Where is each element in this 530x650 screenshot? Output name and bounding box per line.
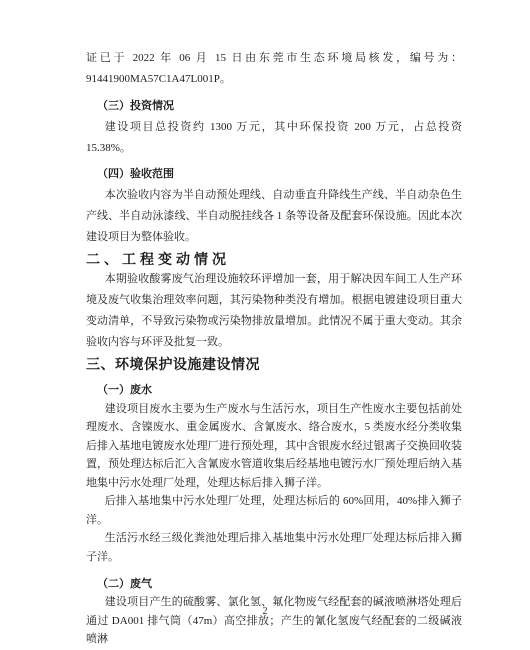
paragraph-acceptance-scope: 本次验收内容为半自动预处理线、自动垂直升降线生产线、半自动杂色生产线、半自动泳漆…: [86, 185, 462, 248]
subheading-investment: （三）投资情况: [86, 96, 462, 117]
heading-environmental-facilities: 三、环境保护设施建设情况: [86, 354, 462, 374]
paragraph-project-changes: 本期验收酸雾废气治理设施较环评增加一套，用于解决因车间工人生产环境及废气收集治理…: [86, 269, 462, 353]
subheading-waste-gas: （二）废气: [86, 575, 462, 594]
paragraph-waste-gas: 建设项目产生的硫酸雾、氯化氢、氟化物废气经配套的碱液喷淋塔处理后通过 DA001…: [86, 593, 462, 649]
heading-project-changes: 二、工程变动情况: [86, 249, 462, 269]
paragraph-wastewater-reuse: 后排入基地集中污水处理厂处理，处理达标后的 60%回用，40%排入狮子洋。: [86, 492, 462, 529]
subheading-wastewater: （一）废水: [86, 381, 462, 400]
paragraph-investment: 建设项目总投资约 1300 万元，其中环保投资 200 万元，占总投资 15.3…: [86, 117, 462, 159]
subheading-acceptance-scope: （四）验收范围: [86, 164, 462, 185]
document-body: 证已于 2022 年 06 月 15 日由东莞市生态环境局核发，编号为：9144…: [86, 48, 462, 649]
paragraph-wastewater-production: 建设项目废水主要为生产废水与生活污水，项目生产性废水主要包括前处理废水、含镍废水…: [86, 400, 462, 493]
page-number: 2: [0, 606, 530, 617]
paragraph-permit-issuance: 证已于 2022 年 06 月 15 日由东莞市生态环境局核发，编号为：9144…: [86, 48, 462, 90]
document-page: 证已于 2022 年 06 月 15 日由东莞市生态环境局核发，编号为：9144…: [0, 0, 530, 650]
paragraph-domestic-sewage: 生活污水经三级化粪池处理后排入基地集中污水处理厂处理达标后排入狮子洋。: [86, 529, 462, 566]
